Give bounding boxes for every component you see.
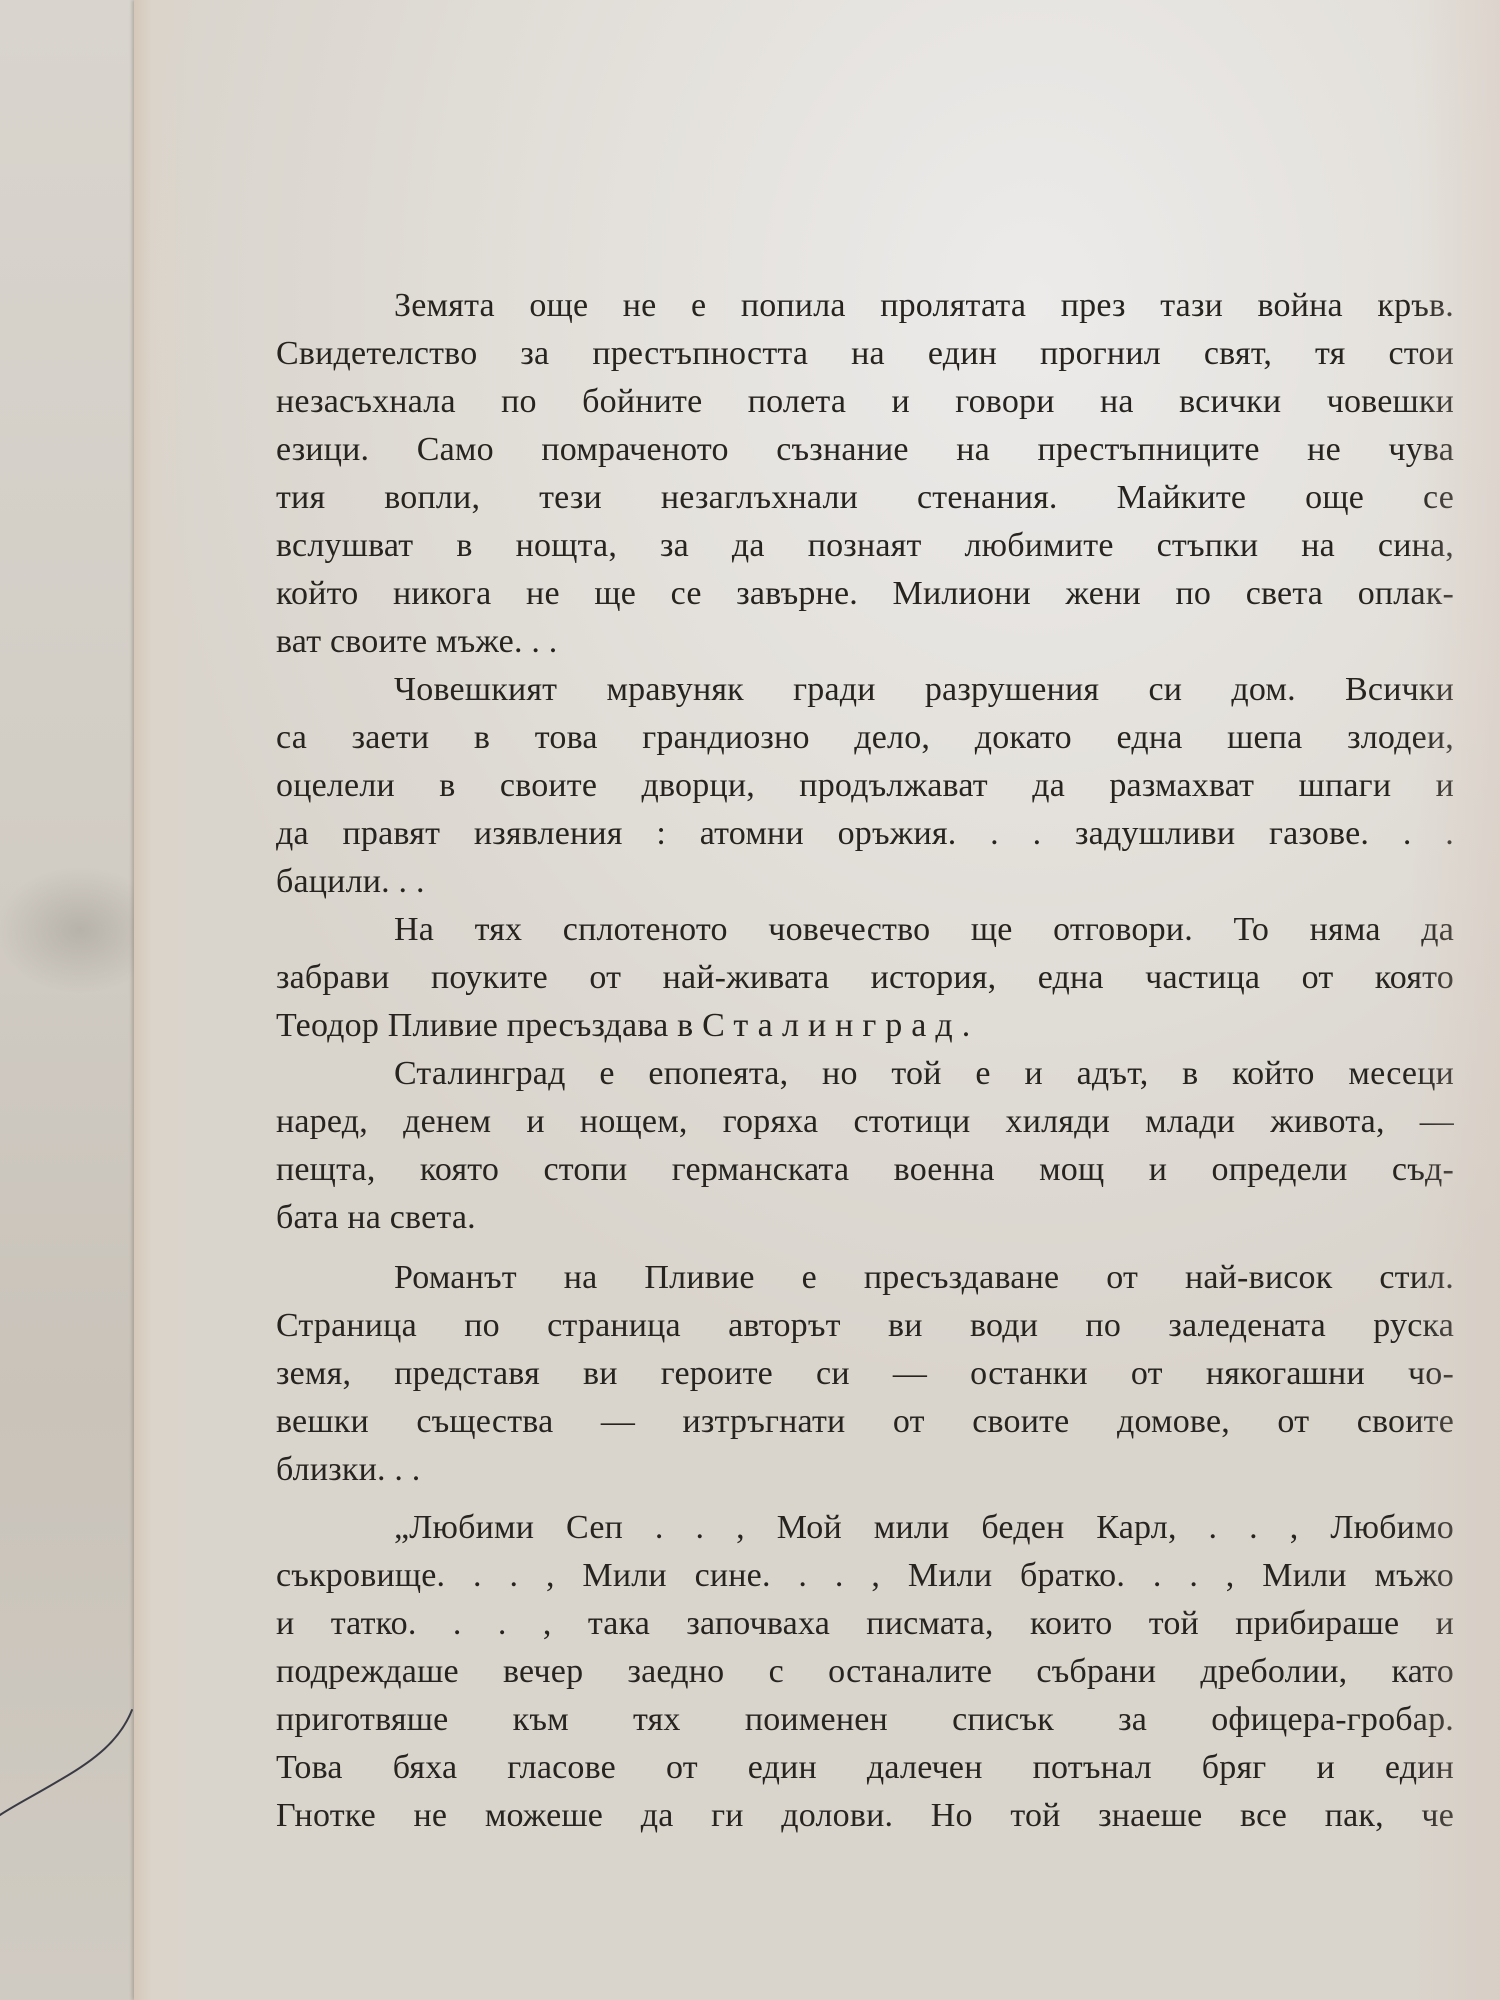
pencil-mark-icon [0, 1700, 140, 1860]
paragraph-2: Човешкият мравуняк гради разрушения си д… [276, 666, 1454, 906]
text-line: да правят изявления : атомни оръжия. . .… [276, 810, 1454, 858]
text-line: „Любими Сеп . . , Мой мили беден Карл, .… [276, 1504, 1454, 1552]
text-line: бацили. . . [276, 858, 1454, 906]
text-line: вслушват в нощта, за да познаят любимите… [276, 522, 1454, 570]
page-text: Земята още не е попила пролятата през та… [276, 282, 1454, 1840]
text-line: забрави поуките от най-живата история, е… [276, 954, 1454, 1002]
text-line: Страница по страница авторът ви води по … [276, 1302, 1454, 1350]
paragraph-gap [276, 1494, 1454, 1504]
text-line: На тях сплотеното човечество ще отговори… [276, 906, 1454, 954]
text-line: земя, представя ви героите си — останки … [276, 1350, 1454, 1398]
text-line: Човешкият мравуняк гради разрушения си д… [276, 666, 1454, 714]
text-line: незасъхнала по бойните полета и говори н… [276, 378, 1454, 426]
book-page: Земята още не е попила пролятата през та… [134, 0, 1500, 2000]
text-line: бата на света. [276, 1194, 1454, 1242]
text-line: Свидетелство за престъпността на един пр… [276, 330, 1454, 378]
text-line: са заети в това грандиозно дело, докато … [276, 714, 1454, 762]
text-line: приготвяше към тях поименен списък за оф… [276, 1696, 1454, 1744]
text-line: пещта, която стопи германската военна мо… [276, 1146, 1454, 1194]
text-line: езици. Само помраченото съзнание на прес… [276, 426, 1454, 474]
paragraph-1: Земята още не е попила пролятата през та… [276, 282, 1454, 666]
text-run: Теодор Пливие пресъздава в [276, 1007, 702, 1044]
text-line: Сталинград е епопеята, но той е и адът, … [276, 1050, 1454, 1098]
text-line: Гнотке не можеше да ги долови. Но той зн… [276, 1792, 1454, 1840]
text-line: Земята още не е попила пролятата през та… [276, 282, 1454, 330]
text-run: . [962, 1007, 971, 1044]
text-line: Романът на Пливие е пресъздаване от най-… [276, 1254, 1454, 1302]
text-line: близки. . . [276, 1446, 1454, 1494]
paragraph-4: Сталинград е епопеята, но той е и адът, … [276, 1050, 1454, 1242]
text-line: ват своите мъже. . . [276, 618, 1454, 666]
text-line: тия вопли, тези незаглъхнали стенания. М… [276, 474, 1454, 522]
paragraph-6: „Любими Сеп . . , Мой мили беден Карл, .… [276, 1504, 1454, 1840]
text-line: оцелели в своите дворци, продължават да … [276, 762, 1454, 810]
paragraph-gap [276, 1242, 1454, 1254]
paragraph-3: На тях сплотеното човечество ще отговори… [276, 906, 1454, 1050]
text-line: вешки същества — изтръгнати от своите до… [276, 1398, 1454, 1446]
text-line: който никога не ще се завърне. Милиони ж… [276, 570, 1454, 618]
text-line: наред, денем и нощем, горяха стотици хил… [276, 1098, 1454, 1146]
paragraph-5: Романът на Пливие е пресъздаване от най-… [276, 1254, 1454, 1494]
text-line: и татко. . . , така започваха писмата, к… [276, 1600, 1454, 1648]
text-line: Това бяха гласове от един далечен потъна… [276, 1744, 1454, 1792]
text-line: съкровище. . . , Мили сине. . . , Мили б… [276, 1552, 1454, 1600]
text-line: подреждаше вечер заедно с останалите съб… [276, 1648, 1454, 1696]
book-title-emphasis: Сталинград [702, 1007, 962, 1044]
book-spread: Земята още не е попила пролятата през та… [0, 0, 1500, 2000]
text-line: Теодор Пливие пресъздава в Сталинград. [276, 1002, 1454, 1050]
